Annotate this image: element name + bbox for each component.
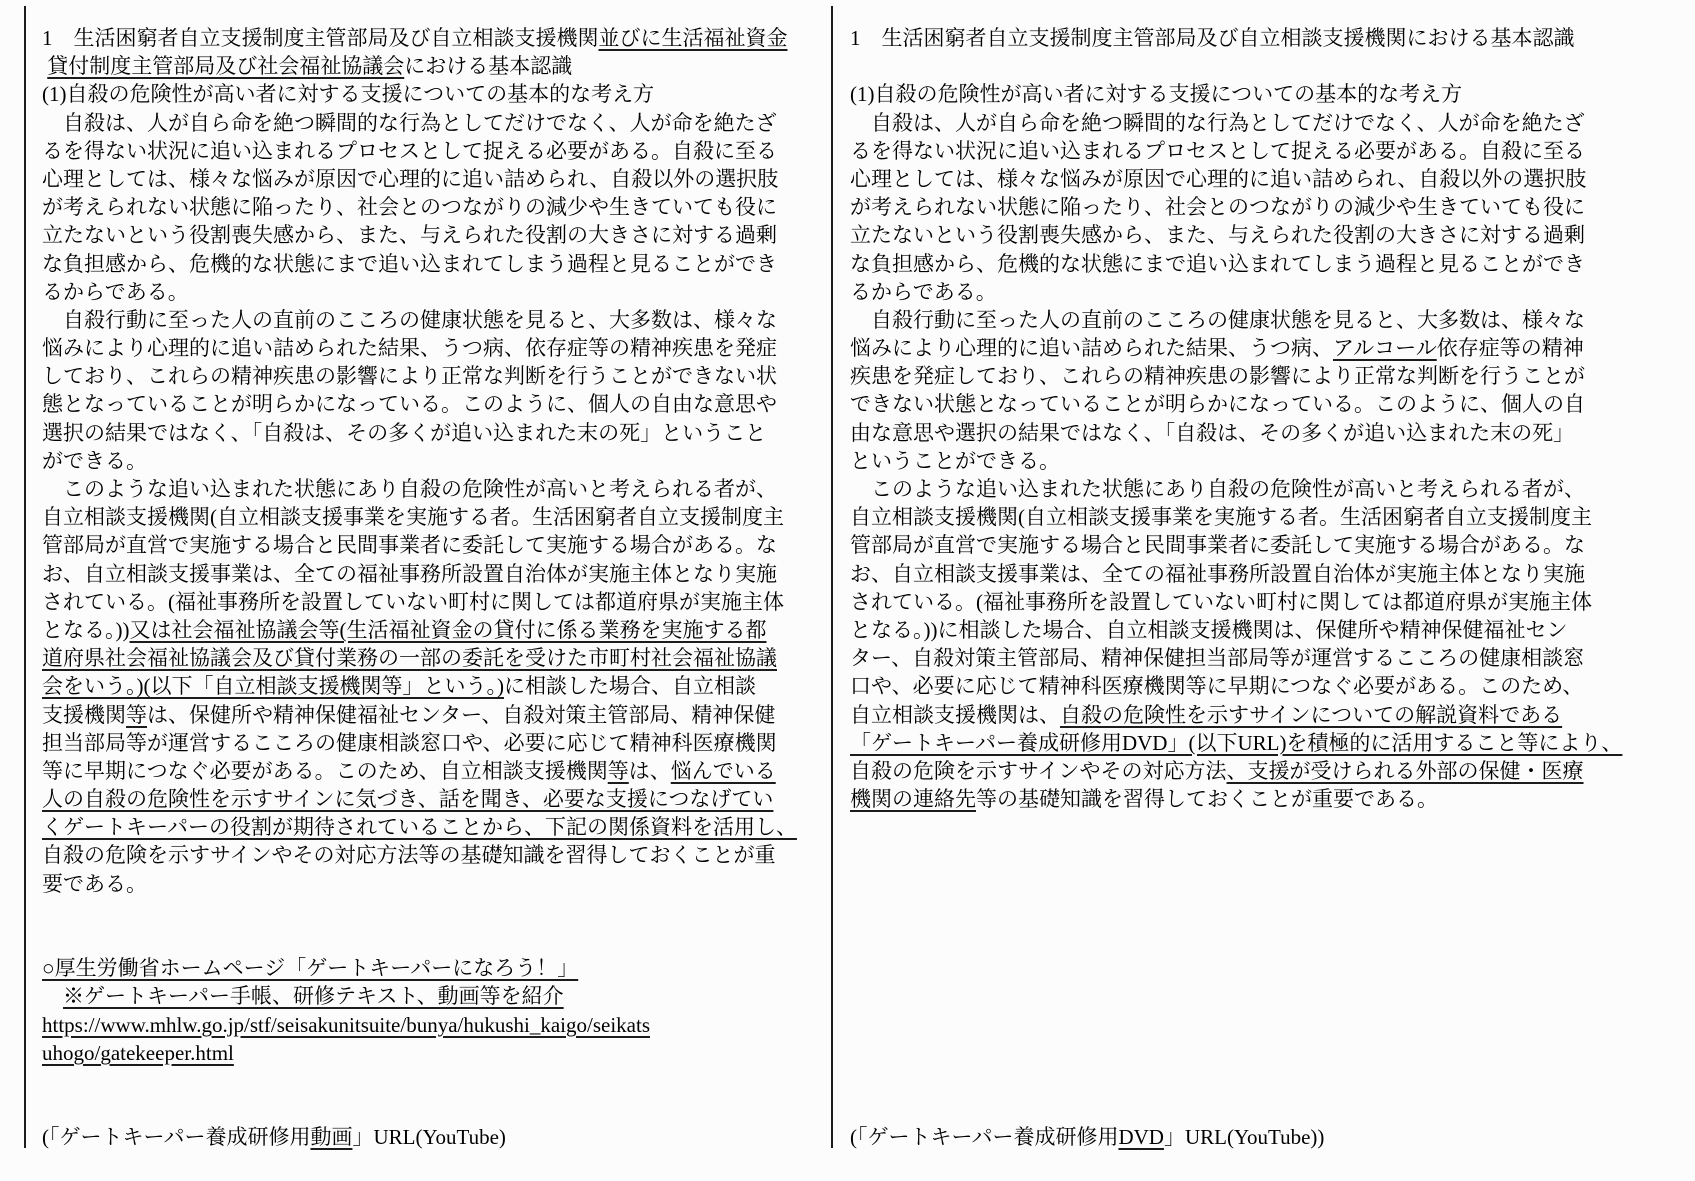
text-segment: な負担感から、危機的な状態にまで追い込まれてしまう過程と見ることができ xyxy=(850,252,1585,276)
text-line: となる。))又は社会福祉協議会等(生活福祉資金の貸付に係る業務を実施する都 xyxy=(42,616,832,644)
text-segment: このような追い込まれた状態にあり自殺の危険性が高いと考えられる者が、 xyxy=(850,477,1585,501)
text-line xyxy=(850,1011,1640,1039)
underlined-text-segment: 人の自殺の危険性を示すサインに気づき、話を聞き、必要な支援につなげてい xyxy=(42,787,773,811)
underlined-text-segment: 会をいう。)(以下「自立相談支援機関等」という。) xyxy=(42,674,504,698)
text-line: 選択の結果ではなく、「自殺は、その多くが追い込まれた末の死」ということ xyxy=(42,419,832,447)
text-line: 担当部局等が運営するこころの健康相談窓口や、必要に応じて精神科医療機関 xyxy=(42,729,832,757)
text-line xyxy=(850,954,1640,982)
original-text-column: 1 生活困窮者自立支援制度主管部局及び自立相談支援機関における基本認識(1)自殺… xyxy=(850,24,1640,1152)
text-segment: 立たないという役割喪失感から、また、与えられた役割の大きさに対する過剰 xyxy=(42,223,777,247)
text-line: るを得ない状況に追い込まれるプロセスとして捉える必要がある。自殺に至る xyxy=(850,137,1640,165)
underlined-text-segment: 又は社会福祉協議会等(生活福祉資金の貸付に係る業務を実施する都 xyxy=(130,618,767,642)
text-line xyxy=(850,813,1640,841)
underlined-text-segment: 動画 xyxy=(310,1125,352,1149)
text-line: 自殺は、人が自ら命を絶つ瞬間的な行為としてだけでなく、人が命を絶たざ xyxy=(42,109,832,137)
text-line: 支援機関等は、保健所や精神保健福祉センター、自殺対策主管部局、精神保健 xyxy=(42,701,832,729)
text-line: お、自立相談支援事業は、全ての福祉事務所設置自治体が実施主体となり実施 xyxy=(850,560,1640,588)
text-line: 自立相談支援機関(自立相談支援事業を実施する者。生活困窮者自立支援制度主 xyxy=(850,503,1640,531)
text-line: な負担感から、危機的な状態にまで追い込まれてしまう過程と見ることができ xyxy=(42,250,832,278)
text-line: https://www.mhlw.go.jp/stf/seisakunitsui… xyxy=(42,1011,832,1039)
underlined-text-segment: DVD xyxy=(1118,1125,1164,1149)
text-segment: ター、自殺対策主管部局、精神保健担当部局等が運営するこころの健康相談窓 xyxy=(850,646,1584,670)
text-segment: されている。(福祉事務所を設置していない町村に関しては都道府県が実施主体 xyxy=(850,590,1592,614)
text-line: るを得ない状況に追い込まれるプロセスとして捉える必要がある。自殺に至る xyxy=(42,137,832,165)
text-segment: 支援機関 xyxy=(42,703,126,727)
text-line: 立たないという役割喪失感から、また、与えられた役割の大きさに対する過剰 xyxy=(850,221,1640,249)
text-line: ※ゲートキーパー手帳、研修テキスト、動画等を紹介 xyxy=(42,982,832,1010)
text-line: 道府県社会福祉協議会及び貸付業務の一部の委託を受けた市町村社会福祉協議 xyxy=(42,644,832,672)
text-segment: 自殺の危険を示すサインやその対応方法 xyxy=(850,759,1227,783)
text-segment: ができる。 xyxy=(42,449,147,473)
text-segment: 由な意思や選択の結果ではなく、「自殺は、その多くが追い込まれた末の死」 xyxy=(850,421,1574,445)
text-segment: における基本認識 xyxy=(404,54,572,78)
text-line: (1)自殺の危険性が高い者に対する支援についての基本的な考え方 xyxy=(850,80,1640,108)
underlined-text-segment: 等 xyxy=(126,703,147,727)
underlined-text-segment: くゲートキーパーの役割が期待されていることから、下記の関係資料を活用し、 xyxy=(42,815,797,839)
text-line: お、自立相談支援事業は、全ての福祉事務所設置自治体が実施主体となり実施 xyxy=(42,560,832,588)
text-line xyxy=(850,1039,1640,1067)
text-line: uhogo/gatekeeper.html xyxy=(42,1039,832,1067)
underlined-text-segment: 悩んでいる xyxy=(671,759,776,783)
text-line: 悩みにより心理的に追い詰められた結果、うつ病、アルコール依存症等の精神 xyxy=(850,334,1640,362)
text-line: が考えられない状態に陥ったり、社会とのつながりの減少や生きていても役に xyxy=(42,193,832,221)
text-segment: 等の基礎知識を習得しておくことが重要である。 xyxy=(976,787,1438,811)
text-segment: 心理としては、様々な悩みが原因で心理的に追い詰められ、自殺以外の選択肢 xyxy=(850,167,1586,191)
underlined-text-segment: 「ゲートキーパー養成研修用DVD」(以下URL)を積極的に活用すること等により、 xyxy=(850,731,1622,755)
text-segment: (「ゲートキーパー養成研修用 xyxy=(850,1125,1118,1149)
text-segment: ということができる。 xyxy=(850,449,1060,473)
text-segment: 悩みにより心理的に追い詰められた結果、うつ病、依存症等の精神疾患を発症 xyxy=(42,336,777,360)
text-line: 口や、必要に応じて精神科医療機関等に早期につなぐ必要がある。このため、 xyxy=(850,672,1640,700)
text-line: されている。(福祉事務所を設置していない町村に関しては都道府県が実施主体 xyxy=(850,588,1640,616)
text-line: 人の自殺の危険性を示すサインに気づき、話を聞き、必要な支援につなげてい xyxy=(42,785,832,813)
revised-text-column: 1 生活困窮者自立支援制度主管部局及び自立相談支援機関並びに生活福祉資金 貸付制… xyxy=(42,24,832,1152)
text-line: しており、これらの精神疾患の影響により正常な判断を行うことができない状 xyxy=(42,362,832,390)
text-line: (1)自殺の危険性が高い者に対する支援についての基本的な考え方 xyxy=(42,80,832,108)
text-line: となる。))に相談した場合、自立相談支援機関は、保健所や精神保健福祉セン xyxy=(850,616,1640,644)
text-segment: (1)自殺の危険性が高い者に対する支援についての基本的な考え方 xyxy=(42,82,654,106)
text-segment: 選択の結果ではなく、「自殺は、その多くが追い込まれた末の死」ということ xyxy=(42,421,766,445)
text-line xyxy=(850,841,1640,869)
underlined-text-segment: 等 xyxy=(608,759,629,783)
text-line xyxy=(850,982,1640,1010)
underlined-text-segment: 、支援が受けられる外部の保健・医療 xyxy=(1227,759,1584,783)
text-line xyxy=(850,52,1640,80)
text-line xyxy=(42,926,832,954)
underlined-text-segment: 貸付制度主管部局及び社会福祉協議会 xyxy=(47,54,404,78)
text-segment: 自殺行動に至った人の直前のこころの健康状態を見ると、大多数は、様々な xyxy=(850,308,1585,332)
underlined-text-segment: uhogo/gatekeeper.html xyxy=(42,1041,234,1065)
text-line: 自殺の危険を示すサインやその対応方法等の基礎知識を習得しておくことが重 xyxy=(42,841,832,869)
text-segment: となる。))に相談した場合、自立相談支援機関は、保健所や精神保健福祉セン xyxy=(850,618,1567,642)
text-line: 等に早期につなぐ必要がある。このため、自立相談支援機関等は、悩んでいる xyxy=(42,757,832,785)
text-line: 由な意思や選択の結果ではなく、「自殺は、その多くが追い込まれた末の死」 xyxy=(850,419,1640,447)
text-line: 悩みにより心理的に追い詰められた結果、うつ病、依存症等の精神疾患を発症 xyxy=(42,334,832,362)
text-line: ター、自殺対策主管部局、精神保健担当部局等が運営するこころの健康相談窓 xyxy=(850,644,1640,672)
text-segment: 自殺行動に至った人の直前のこころの健康状態を見ると、大多数は、様々な xyxy=(42,308,777,332)
text-segment: お、自立相談支援事業は、全ての福祉事務所設置自治体が実施主体となり実施 xyxy=(850,562,1585,586)
text-segment: 心理としては、様々な悩みが原因で心理的に追い詰められ、自殺以外の選択肢 xyxy=(42,167,778,191)
underlined-text-segment: 生活福祉資金 xyxy=(662,26,788,50)
text-segment: は、保健所や精神保健福祉センター、自殺対策主管部局、精神保健 xyxy=(147,703,775,727)
text-segment xyxy=(42,984,63,1008)
text-line: されている。(福祉事務所を設置していない町村に関しては都道府県が実施主体 xyxy=(42,588,832,616)
text-line xyxy=(42,898,832,926)
text-line: ということができる。 xyxy=(850,447,1640,475)
text-line: 立たないという役割喪失感から、また、与えられた役割の大きさに対する過剰 xyxy=(42,221,832,249)
text-line: (「ゲートキーパー養成研修用動画」URL(YouTube) xyxy=(42,1123,832,1151)
text-segment: (1)自殺の危険性が高い者に対する支援についての基本的な考え方 xyxy=(850,82,1462,106)
text-line: できない状態となっていることが明らかになっている。このように、個人の自 xyxy=(850,390,1640,418)
text-segment: 1 生活困窮者自立支援制度主管部局及び自立相談支援機関における基本認識 xyxy=(850,26,1575,50)
text-segment: となる。)) xyxy=(42,618,130,642)
underlined-text-segment: https://www.mhlw.go.jp/stf/seisakunitsui… xyxy=(42,1013,650,1037)
text-segment: 等に早期につなぐ必要がある。このため、自立相談支援機関 xyxy=(42,759,608,783)
text-line: が考えられない状態に陥ったり、社会とのつながりの減少や生きていても役に xyxy=(850,193,1640,221)
underlined-text-segment: 自殺の危険性を示すサインについての解説資料である xyxy=(1060,703,1562,727)
text-segment: お、自立相談支援事業は、全ての福祉事務所設置自治体が実施主体となり実施 xyxy=(42,562,777,586)
text-segment: 」URL(YouTube) xyxy=(352,1125,505,1149)
text-segment: 管部局が直営で実施する場合と民間事業者に委託して実施する場合がある。な xyxy=(42,533,777,557)
text-segment: 1 生活困窮者自立支援制度主管部局及び自立相談支援機関 xyxy=(42,26,599,50)
text-segment: に相談した場合、自立相談 xyxy=(504,674,756,698)
text-segment: 管部局が直営で実施する場合と民間事業者に委託して実施する場合がある。な xyxy=(850,533,1585,557)
text-line: ○厚生労働省ホームページ「ゲートキーパーになろう！」 xyxy=(42,954,832,982)
text-segment: 自立相談支援機関(自立相談支援事業を実施する者。生活困窮者自立支援制度主 xyxy=(42,505,784,529)
text-segment: な負担感から、危機的な状態にまで追い込まれてしまう過程と見ることができ xyxy=(42,252,777,276)
text-segment: 悩みにより心理的に追い詰められた結果、うつ病、 xyxy=(850,336,1333,360)
text-segment: 自立相談支援機関(自立相談支援事業を実施する者。生活困窮者自立支援制度主 xyxy=(850,505,1592,529)
text-segment: るを得ない状況に追い込まれるプロセスとして捉える必要がある。自殺に至る xyxy=(42,139,777,163)
text-segment: 疾患を発症しており、これらの精神疾患の影響により正常な判断を行うことが xyxy=(850,364,1585,388)
text-line: 要である。 xyxy=(42,870,832,898)
text-line: 会をいう。)(以下「自立相談支援機関等」という。)に相談した場合、自立相談 xyxy=(42,672,832,700)
underlined-text-segment: 機関の連絡先 xyxy=(850,787,976,811)
text-line: 心理としては、様々な悩みが原因で心理的に追い詰められ、自殺以外の選択肢 xyxy=(42,165,832,193)
underlined-text-segment: ※ゲートキーパー手帳、研修テキスト、動画等を紹介 xyxy=(63,984,564,1008)
text-line xyxy=(850,1067,1640,1095)
text-segment: できない状態となっていることが明らかになっている。このように、個人の自 xyxy=(850,392,1585,416)
text-line: くゲートキーパーの役割が期待されていることから、下記の関係資料を活用し、 xyxy=(42,813,832,841)
text-segment: 自立相談支援機関は、 xyxy=(850,703,1060,727)
text-line: 自殺行動に至った人の直前のこころの健康状態を見ると、大多数は、様々な xyxy=(42,306,832,334)
document-page: 1 生活困窮者自立支援制度主管部局及び自立相談支援機関並びに生活福祉資金 貸付制… xyxy=(0,0,1695,1181)
text-line: 疾患を発症しており、これらの精神疾患の影響により正常な判断を行うことが xyxy=(850,362,1640,390)
text-segment: 口や、必要に応じて精神科医療機関等に早期につなぐ必要がある。このため、 xyxy=(850,674,1583,698)
text-segment: るからである。 xyxy=(42,280,189,304)
text-segment: は、 xyxy=(629,759,671,783)
text-line: このような追い込まれた状態にあり自殺の危険性が高いと考えられる者が、 xyxy=(850,475,1640,503)
text-line: 自立相談支援機関(自立相談支援事業を実施する者。生活困窮者自立支援制度主 xyxy=(42,503,832,531)
text-line xyxy=(850,898,1640,926)
underlined-text-segment: 道府県社会福祉協議会及び貸付業務の一部の委託を受けた市町村社会福祉協議 xyxy=(42,646,777,670)
text-segment: 担当部局等が運営するこころの健康相談窓口や、必要に応じて精神科医療機関 xyxy=(42,731,777,755)
text-segment: (「ゲートキーパー養成研修用 xyxy=(42,1125,310,1149)
text-segment: 」URL(YouTube)) xyxy=(1164,1125,1324,1149)
text-segment: 自殺の危険を示すサインやその対応方法等の基礎知識を習得しておくことが重 xyxy=(42,843,776,867)
text-line: 自殺の危険を示すサインやその対応方法、支援が受けられる外部の保健・医療 xyxy=(850,757,1640,785)
text-line: ができる。 xyxy=(42,447,832,475)
text-line: な負担感から、危機的な状態にまで追い込まれてしまう過程と見ることができ xyxy=(850,250,1640,278)
text-segment: が考えられない状態に陥ったり、社会とのつながりの減少や生きていても役に xyxy=(850,195,1585,219)
text-segment: 自殺は、人が自ら命を絶つ瞬間的な行為としてだけでなく、人が命を絶たざ xyxy=(850,111,1585,135)
text-segment: が考えられない状態に陥ったり、社会とのつながりの減少や生きていても役に xyxy=(42,195,777,219)
text-segment: 依存症等の精神 xyxy=(1437,336,1584,360)
text-line xyxy=(42,1095,832,1123)
text-line: 管部局が直営で実施する場合と民間事業者に委託して実施する場合がある。な xyxy=(42,531,832,559)
text-line xyxy=(850,1095,1640,1123)
text-line: このような追い込まれた状態にあり自殺の危険性が高いと考えられる者が、 xyxy=(42,475,832,503)
text-line: (「ゲートキーパー養成研修用DVD」URL(YouTube)) xyxy=(850,1123,1640,1151)
text-line: 1 生活困窮者自立支援制度主管部局及び自立相談支援機関における基本認識 xyxy=(850,24,1640,52)
text-line: 心理としては、様々な悩みが原因で心理的に追い詰められ、自殺以外の選択肢 xyxy=(850,165,1640,193)
text-segment: されている。(福祉事務所を設置していない町村に関しては都道府県が実施主体 xyxy=(42,590,784,614)
table-left-border xyxy=(24,6,26,1148)
text-line xyxy=(850,926,1640,954)
underlined-text-segment: ○厚生労働省ホームページ「ゲートキーパーになろう！」 xyxy=(42,956,578,980)
text-segment: 態となっていることが明らかになっている。このように、個人の自由な意思や xyxy=(42,392,777,416)
text-segment: 要である。 xyxy=(42,872,147,896)
text-line: 管部局が直営で実施する場合と民間事業者に委託して実施する場合がある。な xyxy=(850,531,1640,559)
text-segment: るからである。 xyxy=(850,280,997,304)
text-line: るからである。 xyxy=(850,278,1640,306)
text-line xyxy=(42,1067,832,1095)
text-line: 「ゲートキーパー養成研修用DVD」(以下URL)を積極的に活用すること等により、 xyxy=(850,729,1640,757)
text-segment: るを得ない状況に追い込まれるプロセスとして捉える必要がある。自殺に至る xyxy=(850,139,1585,163)
text-line: 1 生活困窮者自立支援制度主管部局及び自立相談支援機関並びに生活福祉資金 xyxy=(42,24,832,52)
text-segment: 立たないという役割喪失感から、また、与えられた役割の大きさに対する過剰 xyxy=(850,223,1585,247)
underlined-text-segment: アルコール xyxy=(1333,336,1437,360)
text-segment: 自殺は、人が自ら命を絶つ瞬間的な行為としてだけでなく、人が命を絶たざ xyxy=(42,111,777,135)
text-line: 貸付制度主管部局及び社会福祉協議会における基本認識 xyxy=(42,52,832,80)
text-line: 自殺は、人が自ら命を絶つ瞬間的な行為としてだけでなく、人が命を絶たざ xyxy=(850,109,1640,137)
text-line: 態となっていることが明らかになっている。このように、個人の自由な意思や xyxy=(42,390,832,418)
text-line: 機関の連絡先等の基礎知識を習得しておくことが重要である。 xyxy=(850,785,1640,813)
text-segment: このような追い込まれた状態にあり自殺の危険性が高いと考えられる者が、 xyxy=(42,477,777,501)
text-line xyxy=(850,870,1640,898)
text-line: るからである。 xyxy=(42,278,832,306)
text-line: 自殺行動に至った人の直前のこころの健康状態を見ると、大多数は、様々な xyxy=(850,306,1640,334)
text-segment: しており、これらの精神疾患の影響により正常な判断を行うことができない状 xyxy=(42,364,777,388)
underlined-text-segment: 並びに xyxy=(599,26,662,50)
text-line: 自立相談支援機関は、自殺の危険性を示すサインについての解説資料である xyxy=(850,701,1640,729)
